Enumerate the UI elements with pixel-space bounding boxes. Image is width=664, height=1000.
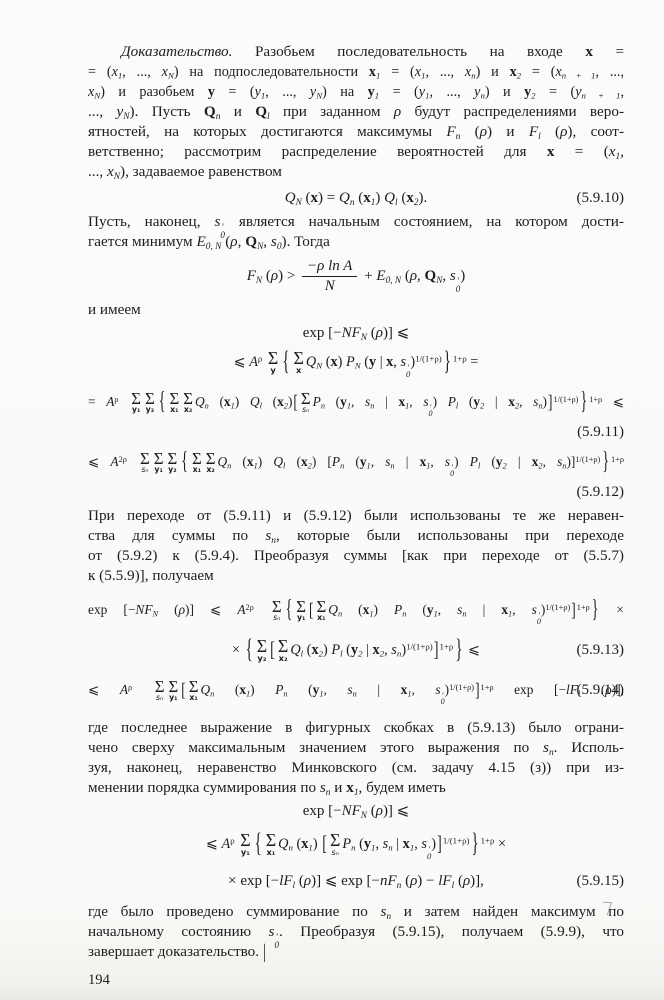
paragraph-proof-opening: Доказательство. Разобьем последовательно…: [88, 42, 624, 182]
equation-number-5-9-13: (5.9.13): [577, 632, 625, 668]
text-line: ..., xN), задаваемое равенством: [88, 162, 624, 182]
display-5-9-15-line-2: ⩽ Aρ Σy₁{Σx₁Qn (x1) [ΣsₙPn (y1, sn | x1,…: [88, 822, 624, 866]
text-line: ства для суммы по sn, которые были испол…: [88, 526, 624, 546]
text-line: Пусть, наконец, s′0 является начальным с…: [88, 212, 624, 232]
text-line: чено сверху максимальным значением этого…: [88, 738, 624, 758]
text-line: зуя, наконец, неравенство Минковского (с…: [88, 758, 624, 778]
text-line: менении порядка суммирования по sn и x1,…: [88, 778, 624, 798]
text-line: ятностей, на которых достигаются максиму…: [88, 122, 624, 142]
text-line: где было проведено суммирование по sn и …: [88, 902, 624, 922]
display-5-9-15-line-3: (5.9.15) × exp [−lFl (ρ)] ⩽ exp [−nFn (ρ…: [88, 866, 624, 896]
inequality-FN-bound: FN (ρ) > −ρ ln AN + E0, N (ρ, QN, s′0): [88, 254, 624, 298]
equation-number-5-9-10: (5.9.10): [577, 184, 625, 212]
display-5-9-11-line-1: exp [−NFN (ρ)] ⩽: [88, 322, 624, 344]
paragraph-initial-state: Пусть, наконец, s′0 является начальным с…: [88, 212, 624, 252]
text-line: xN) и разобьем y = (y1, ..., yN) на y1 =…: [88, 82, 624, 102]
equation-5-9-10: (5.9.10) QN (x) = Qn (x1) Ql (x2).: [88, 184, 624, 212]
text-line: = (x1, ..., xN) на подпоследовательности…: [88, 62, 624, 82]
text-line: ..., yN). Пусть Qn и Ql при заданном ρ б…: [88, 102, 624, 122]
book-page-scan: Доказательство. Разобьем последовательно…: [0, 0, 664, 1000]
display-5-9-15-line-1: exp [−NFN (ρ)] ⩽: [88, 800, 624, 822]
display-5-9-11-line-3: = Aρ Σy₁Σy₂{Σx₁Σx₂Qn (x1) Ql (x2)[ΣsₙPn …: [88, 380, 624, 424]
equation-number-5-9-12: (5.9.12): [577, 484, 625, 500]
text-line: от (5.9.2) к (5.9.4). Преобразуя суммы […: [88, 546, 624, 566]
paragraph-transition: При переходе от (5.9.11) и (5.9.12) были…: [88, 506, 624, 586]
text-line: Доказательство. Разобьем последовательно…: [88, 42, 624, 62]
text-line: к (5.5.9)], получаем: [88, 566, 624, 586]
text-line: При переходе от (5.9.11) и (5.9.12) были…: [88, 506, 624, 526]
text-column: Доказательство. Разобьем последовательно…: [88, 42, 624, 990]
text-line: гается минимум E0, N (ρ, QN, s0). Тогда: [88, 232, 624, 252]
text-line: завершает доказательство.|: [88, 942, 624, 962]
text-line: где последнее выражение в фигурных скобк…: [88, 718, 624, 738]
equation-number-row: (5.9.11): [88, 424, 624, 440]
equation-number-5-9-14: (5.9.14): [577, 668, 625, 712]
display-5-9-11-line-2: ⩽ Aρ Σy{ΣxQN (x) PN (y | x, s′0)1/(1+ρ)}…: [88, 344, 624, 380]
paragraph-minkowski: где последнее выражение в фигурных скобк…: [88, 718, 624, 798]
display-5-9-13-line-2: (5.9.13) × {Σy₂[Σx₂Ql (x2) Pl (y2 | x2, …: [88, 632, 624, 668]
display-5-9-12-line: ⩽ A2ρ ΣsₙΣy₁Σy₂{Σx₁Σx₂Qn (x1) Ql (x2) [P…: [88, 440, 624, 484]
display-5-9-14-line: (5.9.14) ⩽ Aρ ΣsₙΣy₁[Σx₁Qn (x1) Pn (y1, …: [88, 668, 624, 712]
lead-in-text: и имеем: [88, 300, 624, 320]
text-line: начальному состоянию s′0. Преобразуя (5.…: [88, 922, 624, 942]
equation-number-5-9-15: (5.9.15): [577, 866, 625, 896]
text-line: ветственно; рассмотрим распределение вер…: [88, 142, 624, 162]
display-5-9-13-line-1: exp [−NFN (ρ)] ⩽ A2ρ Σsₙ{Σy₁[Σx₁Qn (x1) …: [88, 588, 624, 632]
page-number: 194: [88, 970, 624, 990]
paragraph-conclusion: где было проведено суммирование по sn и …: [88, 902, 624, 962]
equation-number-row: (5.9.12): [88, 484, 624, 500]
